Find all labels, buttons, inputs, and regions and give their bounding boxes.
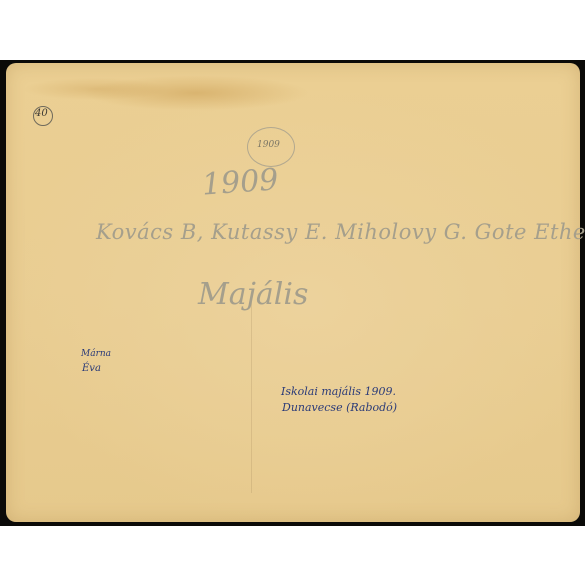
year-pencil: 1909 (201, 162, 280, 202)
paper-crease (251, 293, 252, 493)
side-note-line1: Márna (81, 349, 111, 359)
item-number: 40 (35, 108, 48, 119)
photo-card-back: 40 1909 1909 Kovács B, Kutassy E. Miholo… (6, 63, 580, 522)
caption-line1: Iskolai majális 1909. (281, 385, 396, 398)
side-note-line2: Éva (82, 363, 101, 374)
names-pencil: Kovács B, Kutassy E. Miholovy G. Gote Et… (96, 220, 585, 244)
title-pencil: Majális (198, 277, 308, 312)
circled-year: 1909 (257, 140, 280, 150)
caption-line2: Dunavecse (Rabodó) (282, 401, 397, 414)
